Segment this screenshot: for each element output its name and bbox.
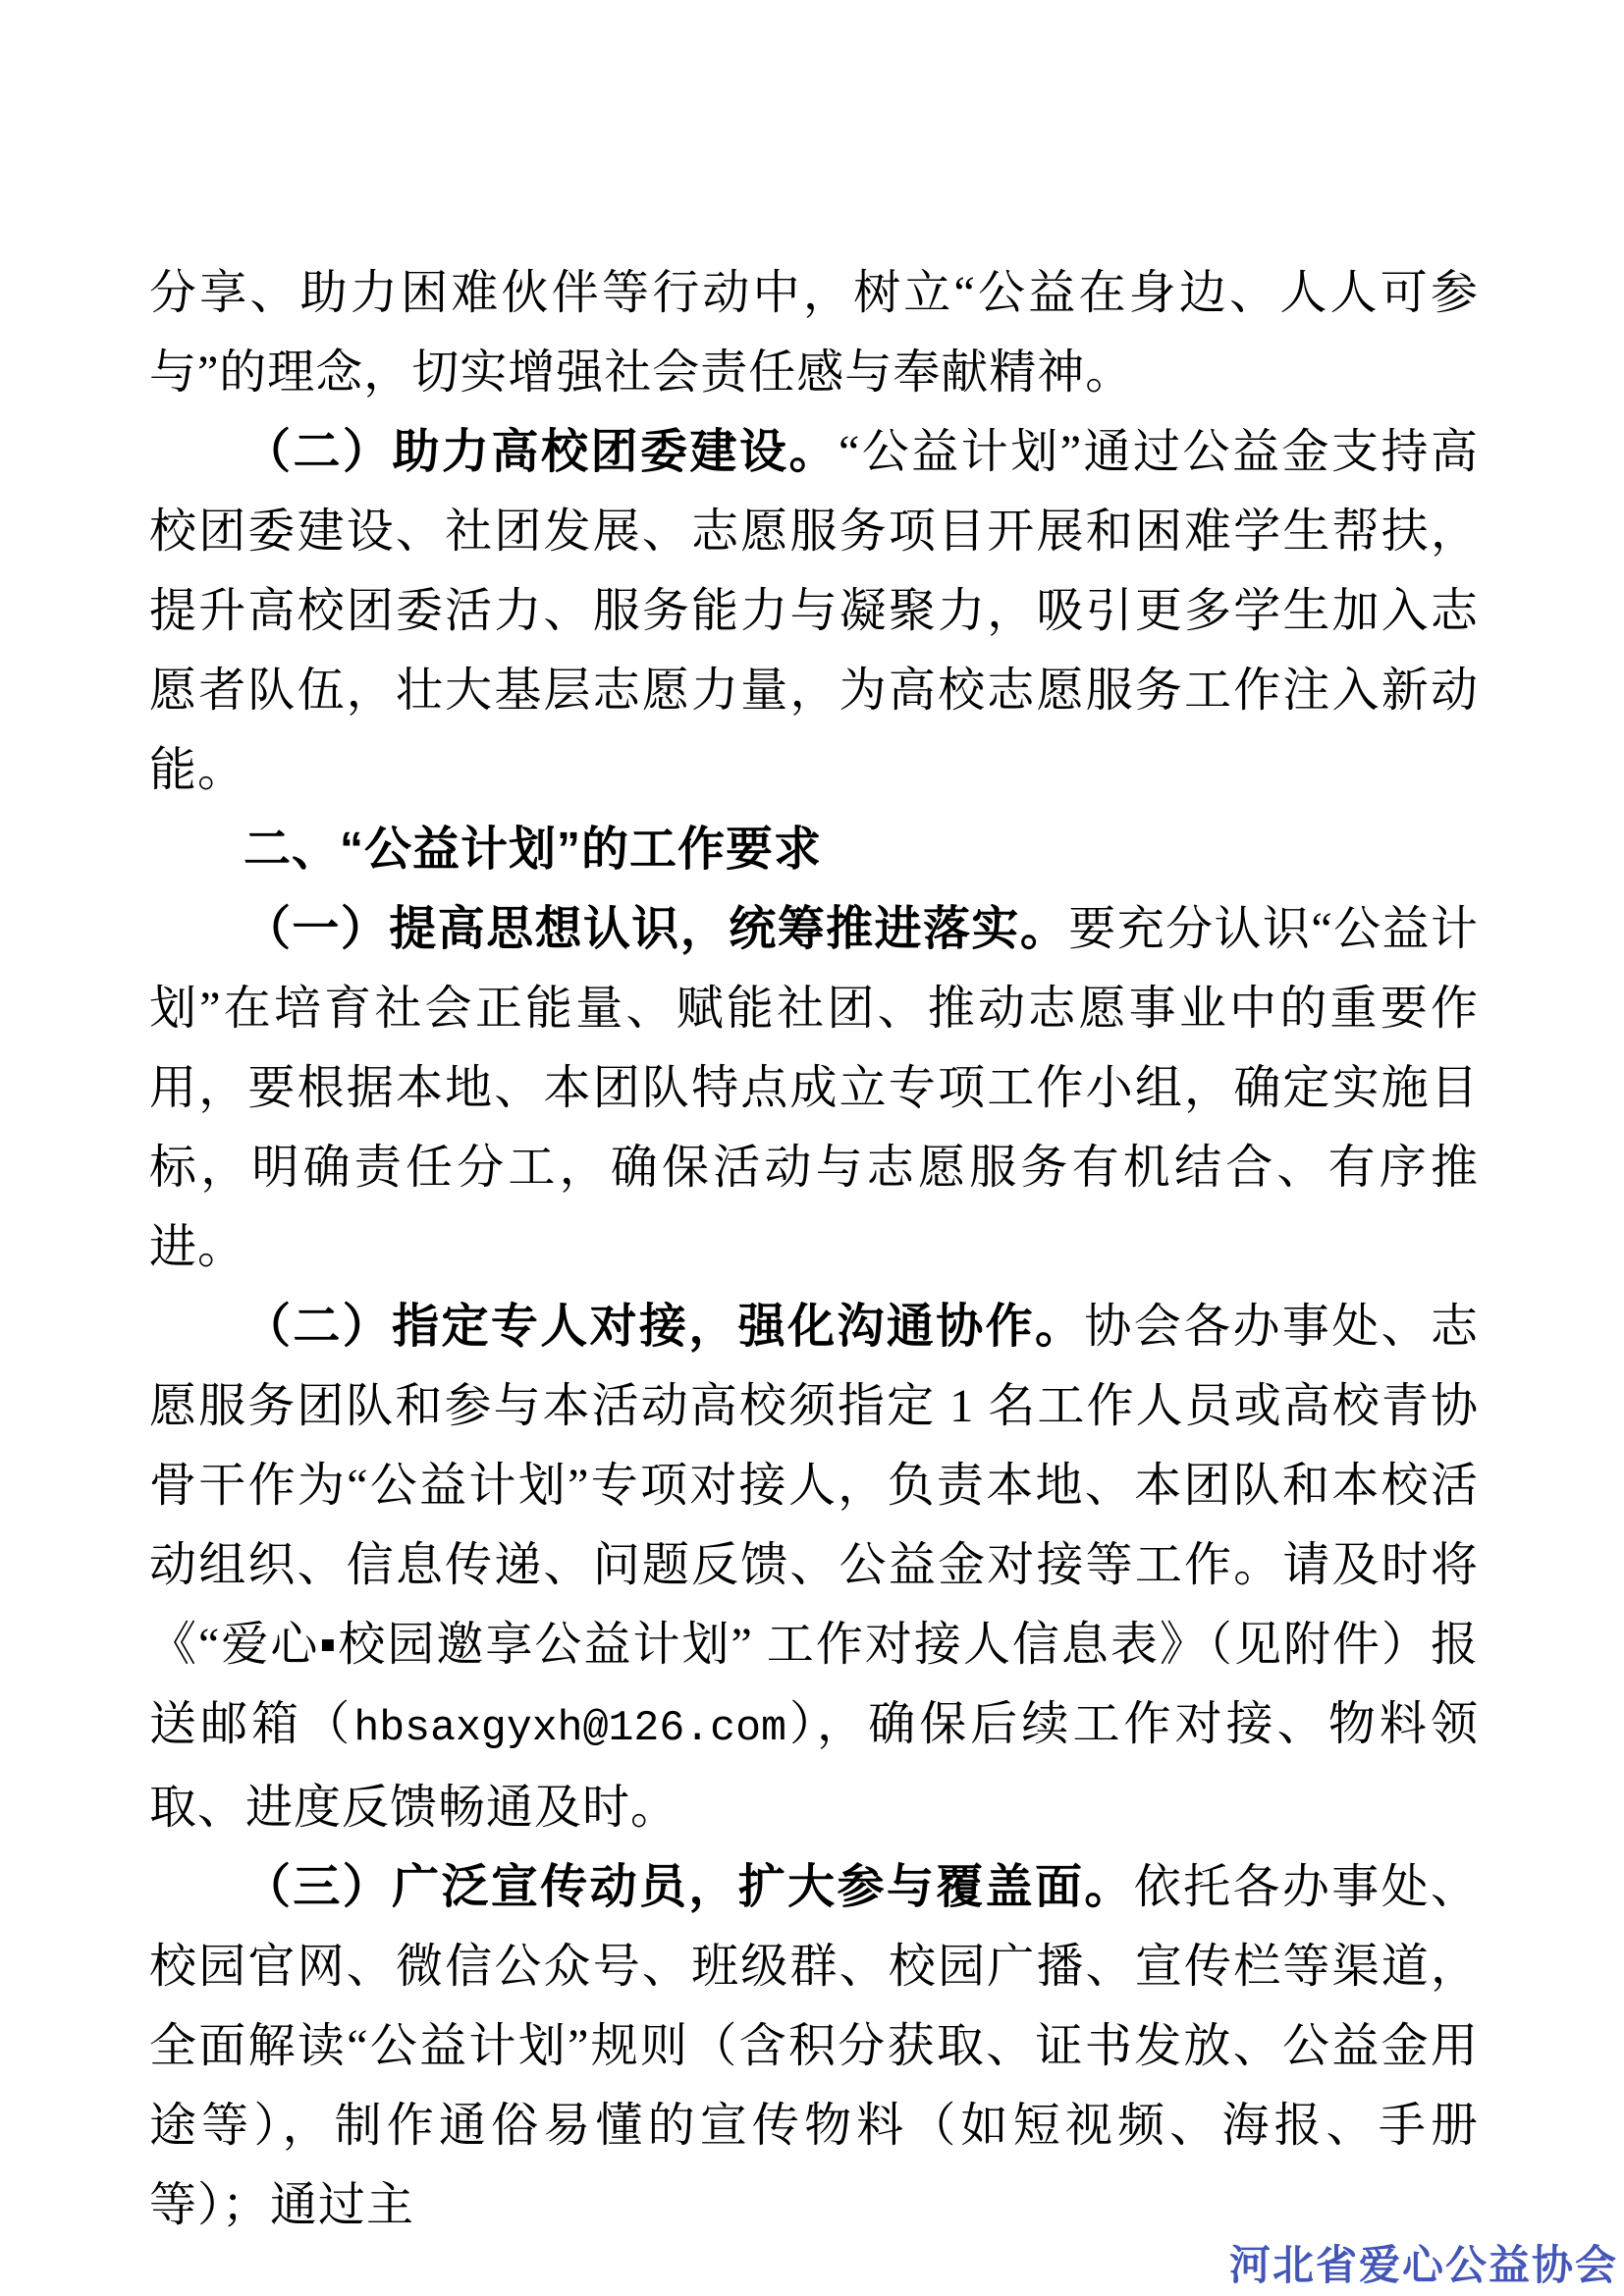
- paragraph-requirement-two: （二）指定专人对接，强化沟通协作。协会各办事处、志愿服务团队和参与本活动高校须指…: [149, 1287, 1479, 1847]
- paragraph-requirement-three: （三）广泛宣传动员，扩大参与覆盖面。依托各办事处、校园官网、微信公众号、班级群、…: [149, 1847, 1479, 2245]
- paragraph-lead: （一）提高思想认识，统筹推进落实。: [244, 903, 1068, 955]
- paragraph-lead: （三）广泛宣传动员，扩大参与覆盖面。: [244, 1861, 1134, 1913]
- paragraph-lead: （二）指定专人对接，强化沟通协作。: [244, 1301, 1084, 1353]
- paragraph-intro-continuation: 分享、助力困难伙伴等行动中，树立“公益在身边、人人可参与”的理念，切实增强社会责…: [149, 253, 1479, 412]
- contact-email: hbsaxgyxh@126.com: [353, 1704, 786, 1752]
- paragraph-support-league: （二）助力高校团委建设。“公益计划”通过公益金支持高校团委建设、社团发展、志愿服…: [149, 412, 1479, 810]
- paragraph-lead: （二）助力高校团委建设。: [244, 426, 839, 478]
- paragraph-requirement-one: （一）提高思想认识，统筹推进落实。要充分认识“公益计划”在培育社会正能量、赋能社…: [149, 889, 1479, 1287]
- paragraph-text: 依托各办事处、校园官网、微信公众号、班级群、校园广播、宣传栏等渠道，全面解读“公…: [149, 1861, 1479, 2231]
- document-page: 分享、助力困难伙伴等行动中，树立“公益在身边、人人可参与”的理念，切实增强社会责…: [0, 0, 1624, 2296]
- association-watermark: 河北省爱心公益协会: [1229, 2233, 1618, 2292]
- paragraph-text: 分享、助力困难伙伴等行动中，树立“公益在身边、人人可参与”的理念，切实增强社会责…: [149, 267, 1479, 399]
- document-body: 分享、助力困难伙伴等行动中，树立“公益在身边、人人可参与”的理念，切实增强社会责…: [149, 253, 1479, 2245]
- paragraph-text: “公益计划”通过公益金支持高校团委建设、社团发展、志愿服务项目开展和困难学生帮扶…: [149, 426, 1479, 796]
- paragraph-text: 要充分认识“公益计划”在培育社会正能量、赋能社团、推动志愿事业中的重要作用，要根…: [149, 903, 1479, 1273]
- section-heading: 二、“公益计划”的工作要求: [149, 810, 1479, 889]
- paragraph-text: 协会各办事处、志愿服务团队和参与本活动高校须指定 1 名工作人员或高校青协骨干作…: [149, 1301, 1479, 1750]
